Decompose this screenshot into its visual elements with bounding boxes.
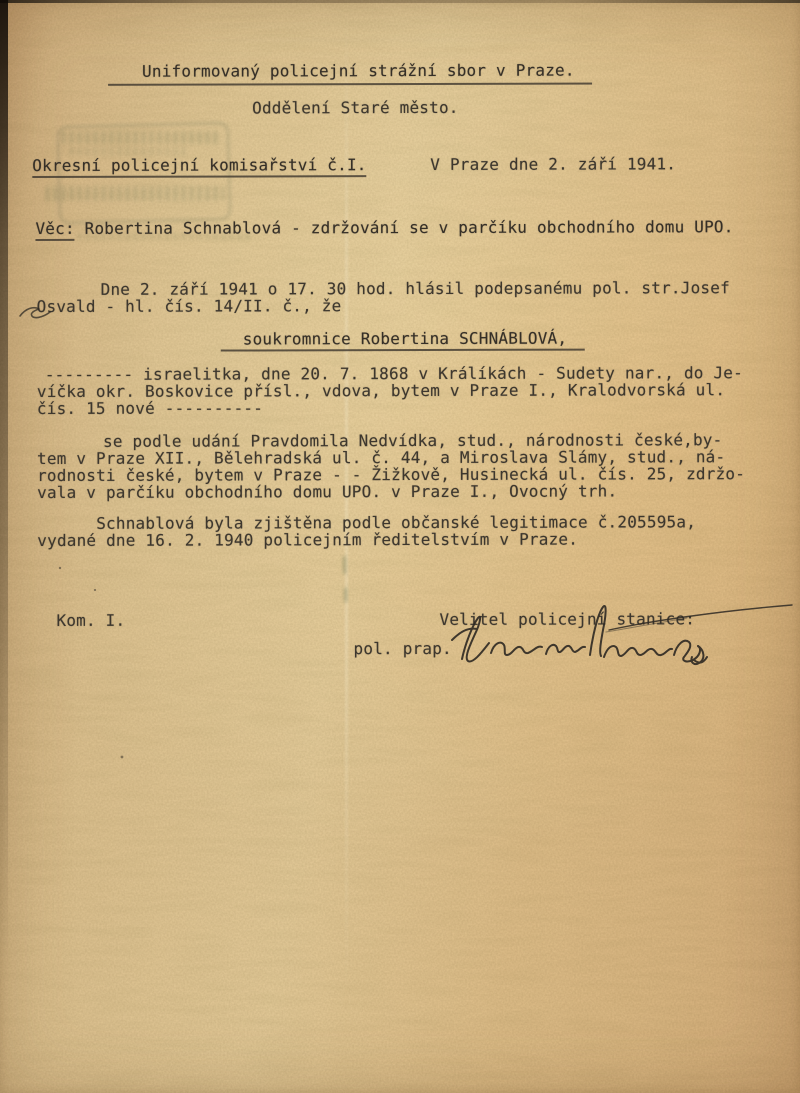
document-title: Uniformovaný policejní strážní sbor v Pr…	[142, 62, 575, 80]
report-line: Osvald - hl. čís. 14/II. č., že	[37, 297, 342, 315]
report-line: čís. 15 nové ----------	[37, 399, 263, 417]
report-line: víčka okr. Boskovice přísl., vdova, byte…	[37, 381, 725, 400]
place-date: V Praze dne 2. září 1941.	[430, 155, 676, 173]
department-line: Oddělení Staré město.	[252, 99, 459, 117]
subject-text: Robertina Schnablová - zdržování se v pa…	[75, 217, 734, 238]
report-subheading: soukromnice Robertina SCHNÁBLOVÁ,	[221, 329, 586, 352]
subject-line: Věc: Robertina Schnablová - zdržování se…	[35, 218, 733, 237]
title-underline	[108, 83, 592, 86]
report-line: vydané dne 16. 2. 1940 policejním ředite…	[37, 531, 578, 549]
typewritten-content: Uniformovaný policejní strážní sbor v Pr…	[0, 0, 800, 1093]
footer-kom-number: Kom. I.	[56, 612, 125, 629]
subject-label: Věc:	[35, 219, 74, 241]
footer-rank-label: pol. prap.	[354, 640, 452, 657]
scanned-document-page: Uniformovaný policejní strážní sbor v Pr…	[0, 0, 800, 1093]
footer-commander-title: Velitel policejní stanice:	[439, 610, 695, 628]
report-line: Dne 2. září 1941 o 17. 30 hod. hlásil po…	[101, 279, 730, 298]
office-line: Okresní policejní komisařství č.I.	[32, 155, 366, 178]
report-line: Schnablová byla zjištěna podle občanské …	[96, 513, 696, 532]
report-line: vala v parčíku obchodního domu UPO. v Pr…	[37, 482, 617, 501]
